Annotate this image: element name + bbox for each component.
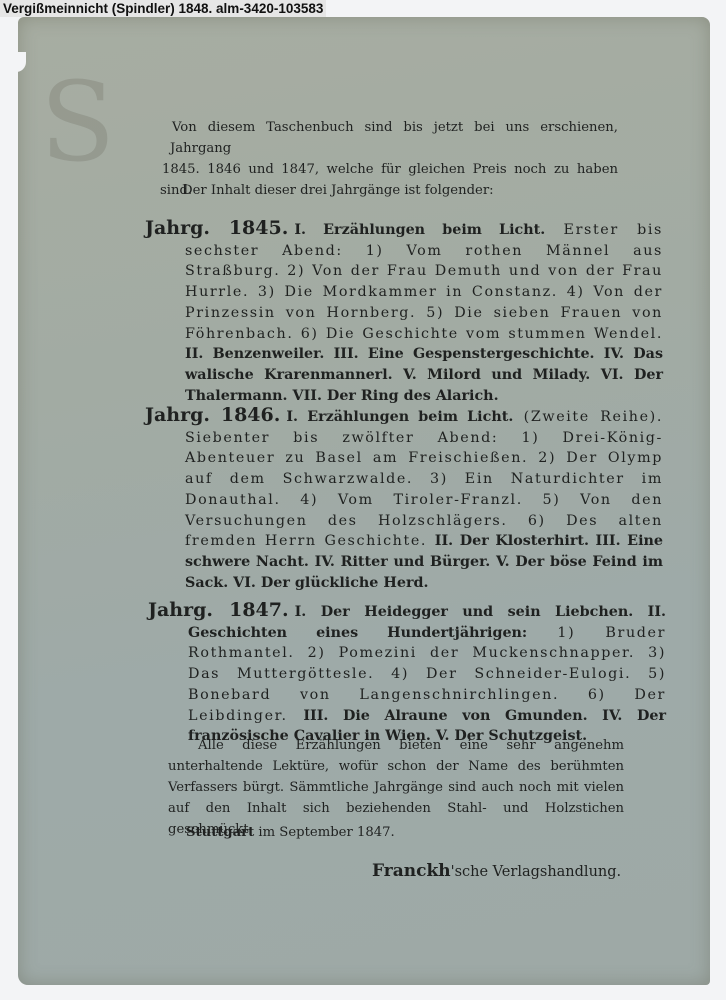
entry-1846: Jahrg. 1846.I. Erzählungen beim Licht. (… — [145, 405, 663, 593]
entry-year: Jahrg. 1847. — [148, 599, 289, 621]
entry-1845: Jahrg. 1845.I. Erzählungen beim Licht. E… — [145, 218, 663, 406]
entry-part: Erster bis sechster Abend: 1) Vom rothen… — [185, 222, 663, 342]
publisher-name: Franckh — [372, 861, 451, 881]
library-stamp-letter: S — [40, 67, 115, 177]
entry-year: Jahrg. 1845. — [145, 217, 288, 239]
entry-part-bold: I. Erzählungen beim Licht. — [294, 222, 545, 238]
dateline: Stuttgart im September 1847. — [186, 822, 486, 843]
entry-part: (Zweite Reihe). Siebenter bis zwölfter A… — [185, 409, 663, 549]
dateline-place: Stuttgart — [186, 825, 254, 840]
contents-heading: Der Inhalt dieser drei Jahrgänge ist fol… — [182, 180, 622, 201]
dateline-date: im September 1847. — [254, 825, 395, 840]
entry-1847: Jahrg. 1847.I. Der Heidegger und sein Li… — [148, 600, 666, 747]
image-caption: Vergißmeinnicht (Spindler) 1848. alm-342… — [0, 0, 326, 17]
intro-line-1: Von diesem Taschenbuch sind bis jetzt be… — [170, 117, 618, 159]
entry-part-bold: I. Erzählungen beim Licht. — [286, 409, 513, 425]
entry-part-bold: II. Benzenweiler. III. Eine Gespensterge… — [185, 346, 663, 403]
publisher-imprint: Franckh'sche Verlagshandlung. — [372, 861, 632, 883]
entry-year: Jahrg. 1846. — [145, 404, 280, 426]
publisher-rest: 'sche Verlagshandlung. — [451, 864, 622, 880]
